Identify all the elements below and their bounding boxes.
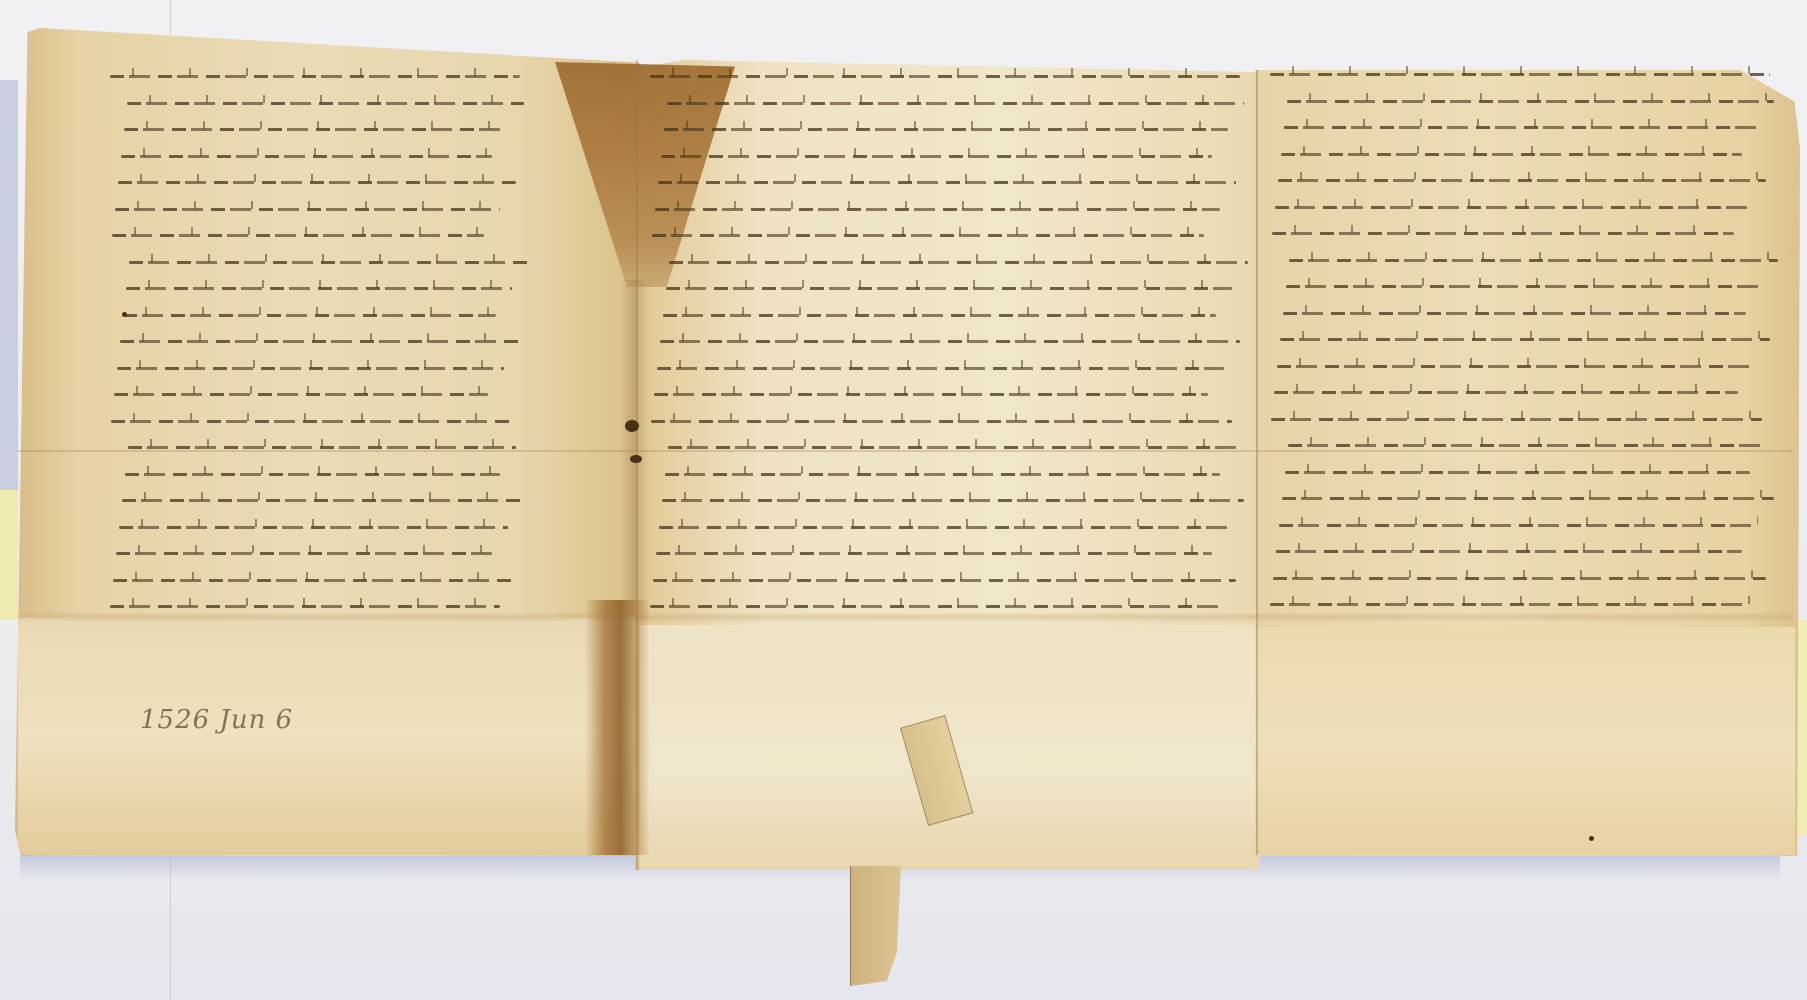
handwritten-line [659, 526, 1228, 529]
handwritten-line [652, 234, 1204, 237]
handwritten-line [1276, 550, 1742, 553]
handwritten-line [1270, 603, 1750, 606]
vertical-crease-right [1256, 70, 1258, 855]
handwritten-line [127, 102, 524, 105]
handwritten-line [112, 234, 484, 237]
vertical-crease-left [636, 60, 638, 870]
handwritten-line [110, 75, 520, 78]
handwritten-line [118, 181, 516, 184]
handwritten-line [125, 473, 500, 476]
handwritten-line [1282, 497, 1774, 500]
handwritten-line [664, 128, 1228, 131]
handwritten-line [1270, 73, 1770, 76]
handwritten-line [1275, 206, 1750, 209]
ink-blot [625, 420, 639, 432]
handwritten-line [117, 367, 504, 370]
handwritten-line [654, 393, 1208, 396]
handwritten-line [655, 208, 1220, 211]
horizontal-crease [18, 450, 1793, 452]
archive-date-notation: 1526 Jun 6 [140, 705, 293, 735]
handwritten-line [1289, 259, 1778, 262]
handwritten-line [667, 102, 1244, 105]
handwritten-line [1280, 338, 1770, 341]
handwritten-line [120, 340, 520, 343]
handwritten-line [126, 287, 512, 290]
handwritten-line [666, 287, 1232, 290]
handwritten-line [122, 499, 524, 502]
handwritten-line [121, 155, 492, 158]
handwritten-line [658, 181, 1236, 184]
handwritten-line [650, 605, 1220, 608]
handwritten-line [668, 446, 1236, 449]
handwritten-line [1278, 179, 1766, 182]
handwritten-line [669, 261, 1248, 264]
handwritten-line [1273, 577, 1766, 580]
handwritten-line [114, 393, 488, 396]
parchment-document: 1526 Jun 6 [0, 0, 1807, 1000]
handwritten-line [128, 446, 516, 449]
handwritten-line [129, 261, 528, 264]
fold-stain-lower [585, 600, 650, 855]
handwritten-line [111, 420, 512, 423]
handwritten-line [653, 579, 1236, 582]
handwritten-line [1288, 444, 1766, 447]
plica-fold-left [18, 617, 635, 855]
handwritten-line [123, 314, 496, 317]
handwritten-line [115, 208, 500, 211]
handwritten-line [1281, 153, 1742, 156]
handwritten-line [651, 420, 1232, 423]
handwritten-line [665, 473, 1220, 476]
handwritten-line [1274, 391, 1738, 394]
fold-edge [18, 612, 1793, 622]
hanging-seal-tab [850, 866, 901, 986]
handwritten-line [650, 75, 1240, 78]
handwritten-line [1285, 471, 1750, 474]
handwritten-line [1279, 524, 1758, 527]
handwritten-line [119, 526, 508, 529]
handwritten-line [1283, 312, 1746, 315]
handwritten-line [661, 155, 1212, 158]
plica-fold-right [1255, 627, 1795, 855]
handwritten-line [1287, 100, 1774, 103]
handwritten-line [110, 605, 500, 608]
handwritten-line [656, 552, 1212, 555]
handwritten-line [1286, 285, 1762, 288]
handwritten-line [657, 367, 1224, 370]
handwritten-line [116, 552, 492, 555]
ink-blot [630, 455, 642, 463]
handwritten-line [1284, 126, 1758, 129]
ink-dot [1589, 836, 1594, 841]
handwritten-line [662, 499, 1244, 502]
handwritten-line [663, 314, 1216, 317]
ink-dot [122, 312, 127, 317]
handwritten-line [1271, 418, 1762, 421]
handwritten-line [1277, 365, 1754, 368]
handwritten-line [1272, 232, 1734, 235]
handwritten-line [124, 128, 508, 131]
handwritten-line [660, 340, 1240, 343]
handwritten-line [113, 579, 516, 582]
